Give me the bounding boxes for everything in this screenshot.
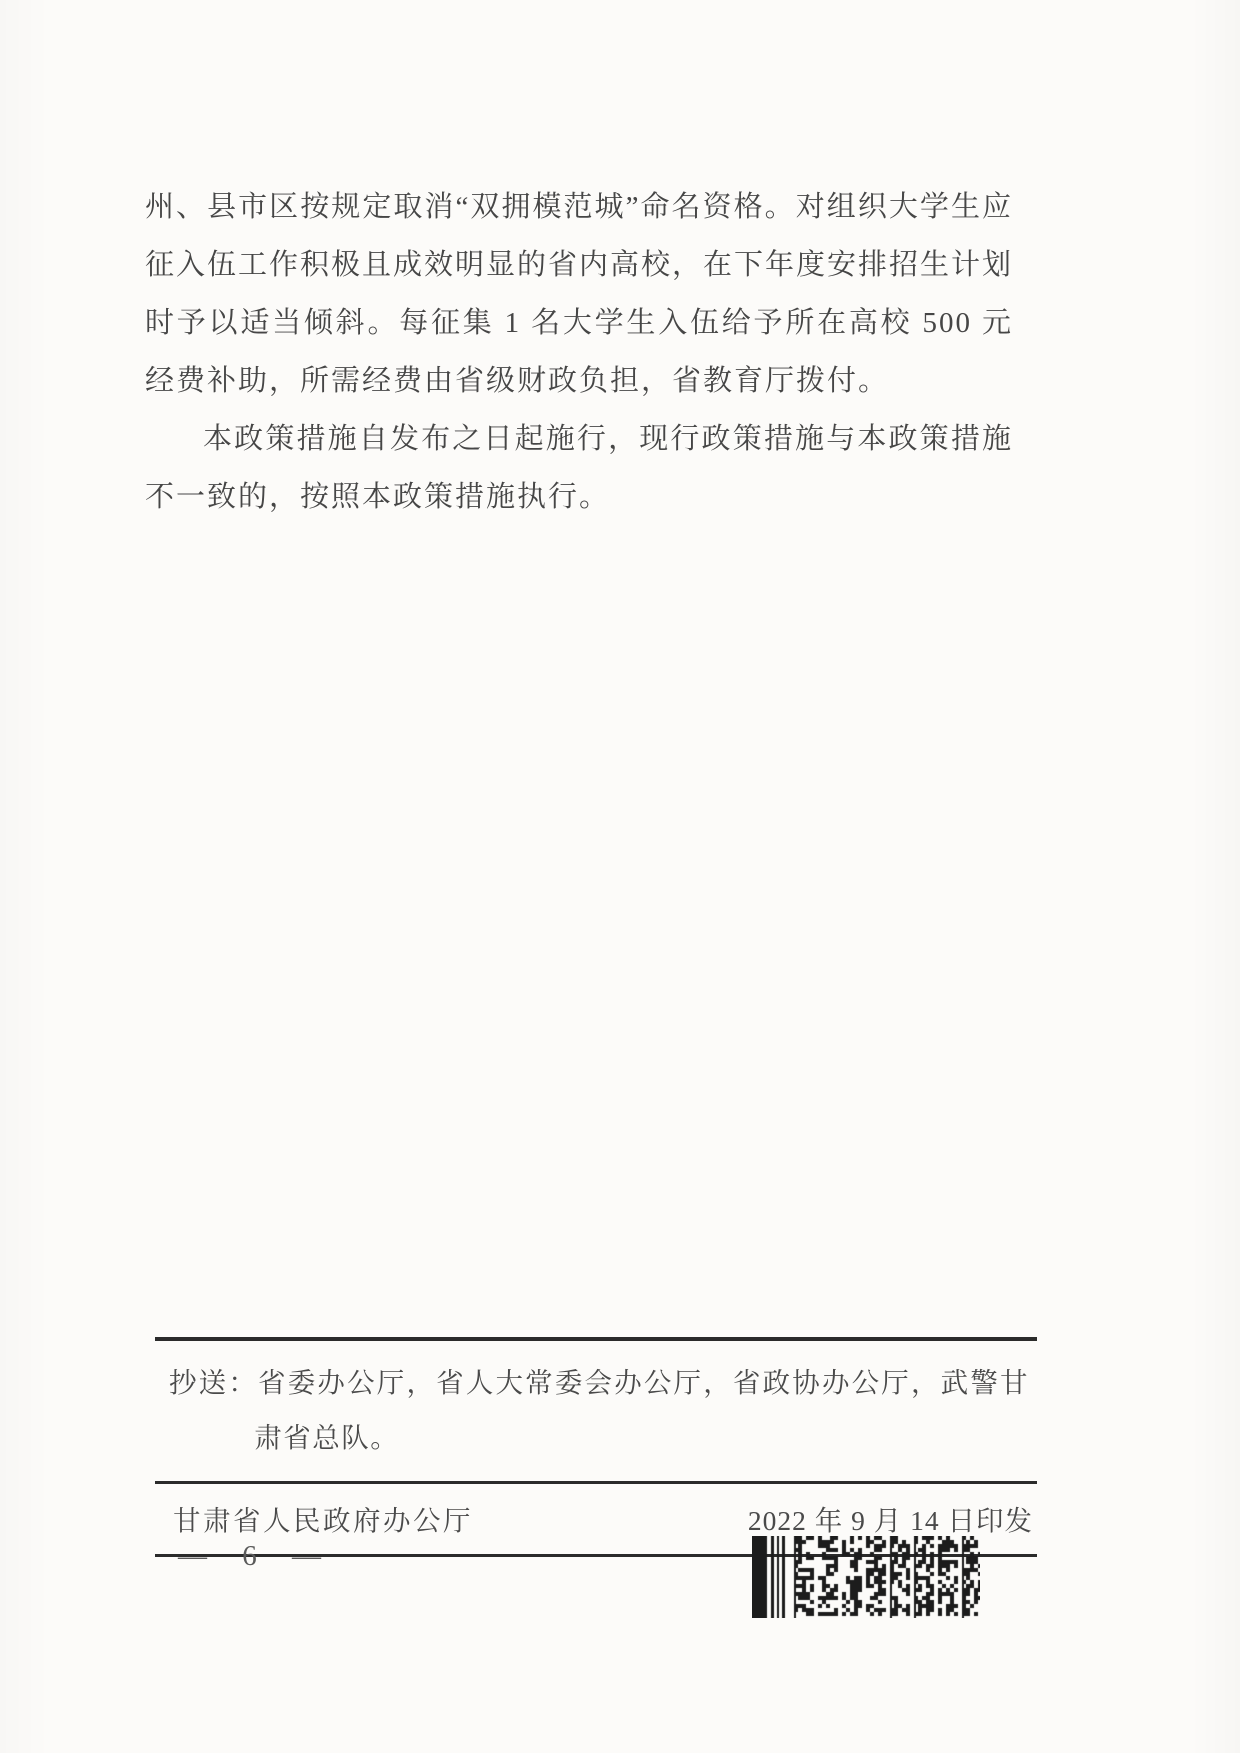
document-body: 州、县市区按规定取消“双拥模范城”命名资格。对组织大学生应征入伍工作积极且成效明… (145, 178, 1013, 526)
issuing-office: 甘肃省人民政府办公厅 (173, 1498, 473, 1538)
print-date: 2022 年 9 月 14 日印发 (748, 1498, 1033, 1538)
copy-to-line: 抄送：省委办公厅，省人大常委会办公厅，省政协办公厅，武警甘肃省总队。 (155, 1341, 1037, 1481)
paragraph-effective-date: 本政策措施自发布之日起施行，现行政策措施与本政策措施不一致的，按照本政策措施执行… (145, 410, 1013, 526)
document-barcode (752, 1536, 980, 1618)
document-footer: 抄送：省委办公厅，省人大常委会办公厅，省政协办公厅，武警甘肃省总队。 甘肃省人民… (155, 1337, 1037, 1557)
copy-to-content: 省委办公厅，省人大常委会办公厅，省政协办公厅，武警甘肃省总队。 (254, 1367, 1029, 1453)
copy-to-label: 抄送： (169, 1367, 258, 1398)
copy-to-text: 抄送：省委办公厅，省人大常委会办公厅，省政协办公厅，武警甘肃省总队。 (169, 1355, 1029, 1465)
paragraph-continued: 州、县市区按规定取消“双拥模范城”命名资格。对组织大学生应征入伍工作积极且成效明… (145, 178, 1013, 410)
page-number: — 6 — (178, 1540, 335, 1573)
document-page: 州、县市区按规定取消“双拥模范城”命名资格。对组织大学生应征入伍工作积极且成效明… (0, 0, 1240, 1753)
